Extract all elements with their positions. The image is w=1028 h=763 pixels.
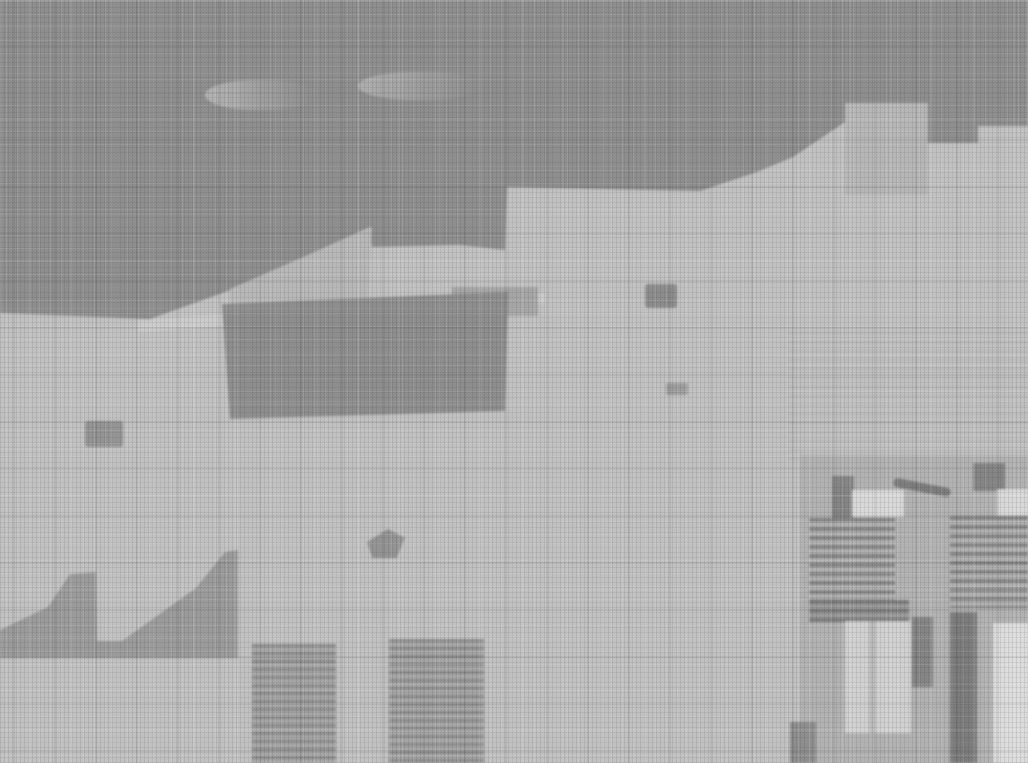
photo-canvas [0,0,1028,763]
scan-grain [0,0,1028,763]
